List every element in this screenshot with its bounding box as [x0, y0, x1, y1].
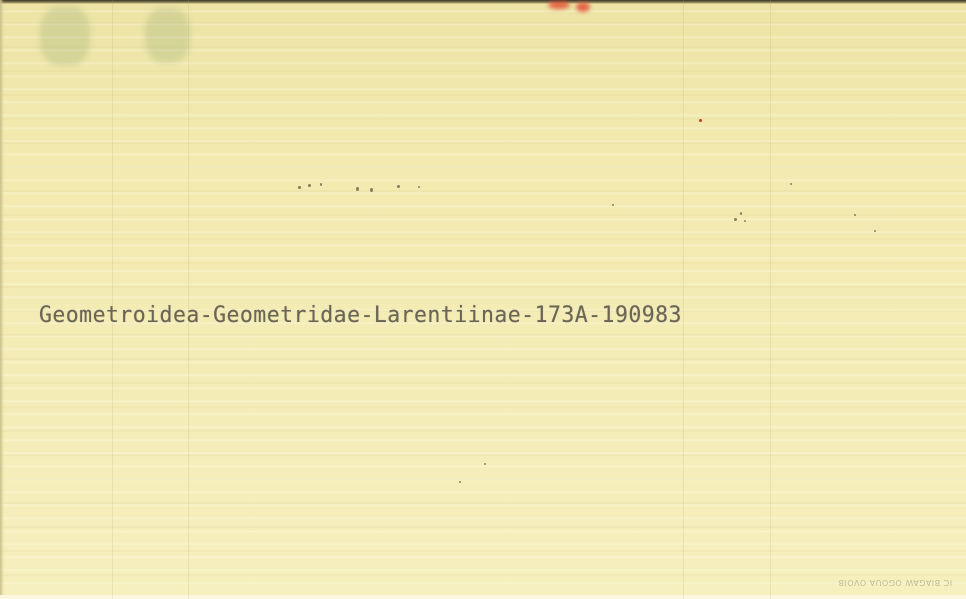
card-bottom-edge	[0, 595, 966, 599]
speck	[308, 184, 311, 187]
index-card: Geometroidea-Geometridae-Larentiinae-173…	[0, 0, 966, 599]
speck	[459, 481, 461, 483]
vertical-rule	[683, 0, 684, 599]
speck	[370, 188, 373, 192]
speck	[612, 204, 614, 206]
speck	[790, 183, 792, 185]
red-mark	[576, 2, 590, 12]
footer-print: IC BIAGAW OGOUA OVOIB	[838, 578, 952, 587]
vertical-rule	[770, 0, 771, 599]
stain	[40, 6, 90, 66]
card-top-edge	[0, 0, 966, 4]
stain	[145, 8, 190, 63]
speck	[356, 187, 359, 191]
speck	[484, 463, 486, 465]
speck	[397, 185, 400, 188]
specimen-label: Geometroidea-Geometridae-Larentiinae-173…	[39, 302, 682, 328]
speck	[740, 212, 742, 215]
vertical-rule	[188, 0, 189, 599]
card-left-edge	[0, 0, 4, 599]
speck	[734, 218, 737, 221]
speck	[874, 230, 876, 232]
speck	[854, 214, 856, 216]
vertical-rule	[112, 0, 113, 599]
red-mark	[548, 1, 570, 9]
speck	[320, 183, 322, 186]
speck	[744, 220, 746, 222]
speck	[298, 186, 301, 189]
red-speck	[699, 119, 702, 122]
speck	[418, 186, 420, 188]
